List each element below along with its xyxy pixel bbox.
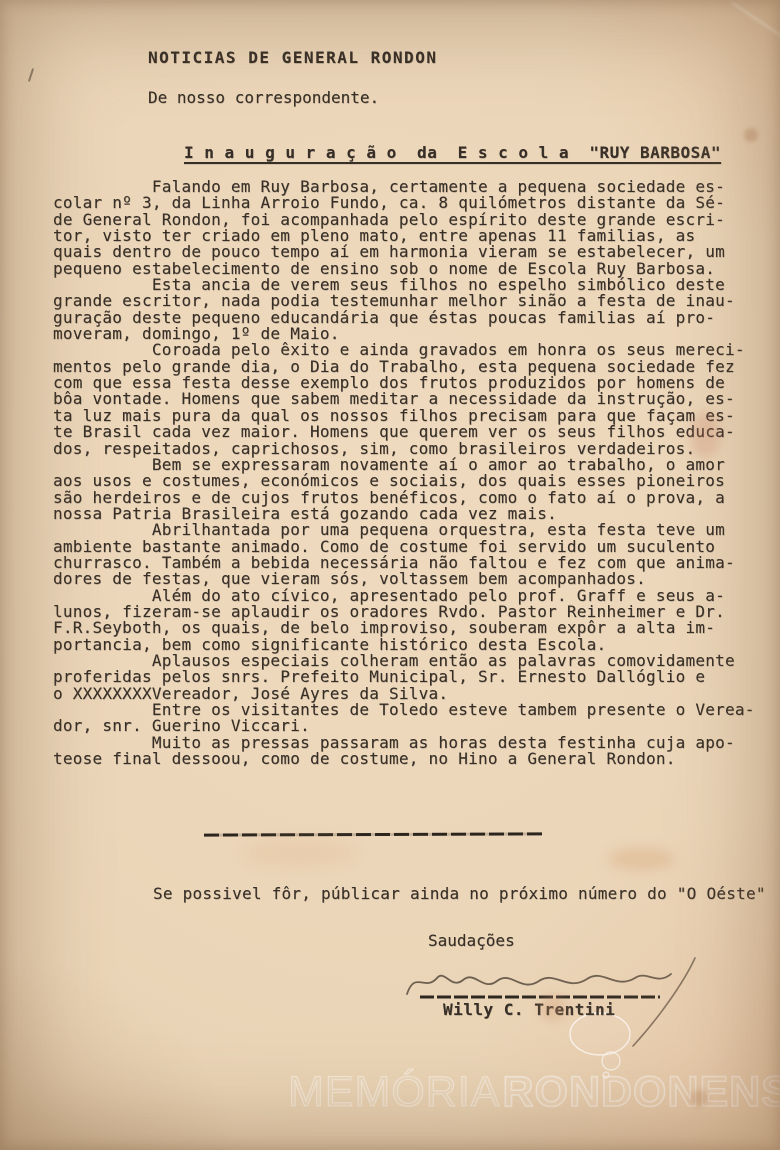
pencil-mark <box>28 68 34 82</box>
paper-crease <box>731 2 780 46</box>
watermark-rondonense: RONDONENSE <box>502 1068 780 1116</box>
bubble-mark-large <box>570 1013 630 1055</box>
byline: De nosso correspondente. <box>148 88 379 107</box>
watermark: MEMÓRIARONDONENSE <box>288 1068 780 1117</box>
watermark-memoria: MEMÓRIA <box>288 1068 500 1116</box>
header-line: NOTICIAS DE GENERAL RONDON <box>148 48 437 67</box>
article-body: Falando em Ruy Barbosa, certamente a peq… <box>53 179 755 767</box>
signature-stroke <box>407 974 671 994</box>
divider-line <box>204 832 542 836</box>
signature-typed-name: Willy C. Trentini <box>443 1000 615 1019</box>
document-page: NOTICIAS DE GENERAL RONDON De nosso corr… <box>0 0 780 1150</box>
signature-tail-stroke <box>633 958 695 1046</box>
note-line: Se possivel fôr, públicar ainda no próxi… <box>153 884 766 903</box>
paper-stain <box>744 128 758 142</box>
article-title: I n a u g u r a ç ã o da E s c o l a "RU… <box>184 143 721 162</box>
paper-stain <box>240 840 360 866</box>
paper-stain <box>608 848 674 870</box>
